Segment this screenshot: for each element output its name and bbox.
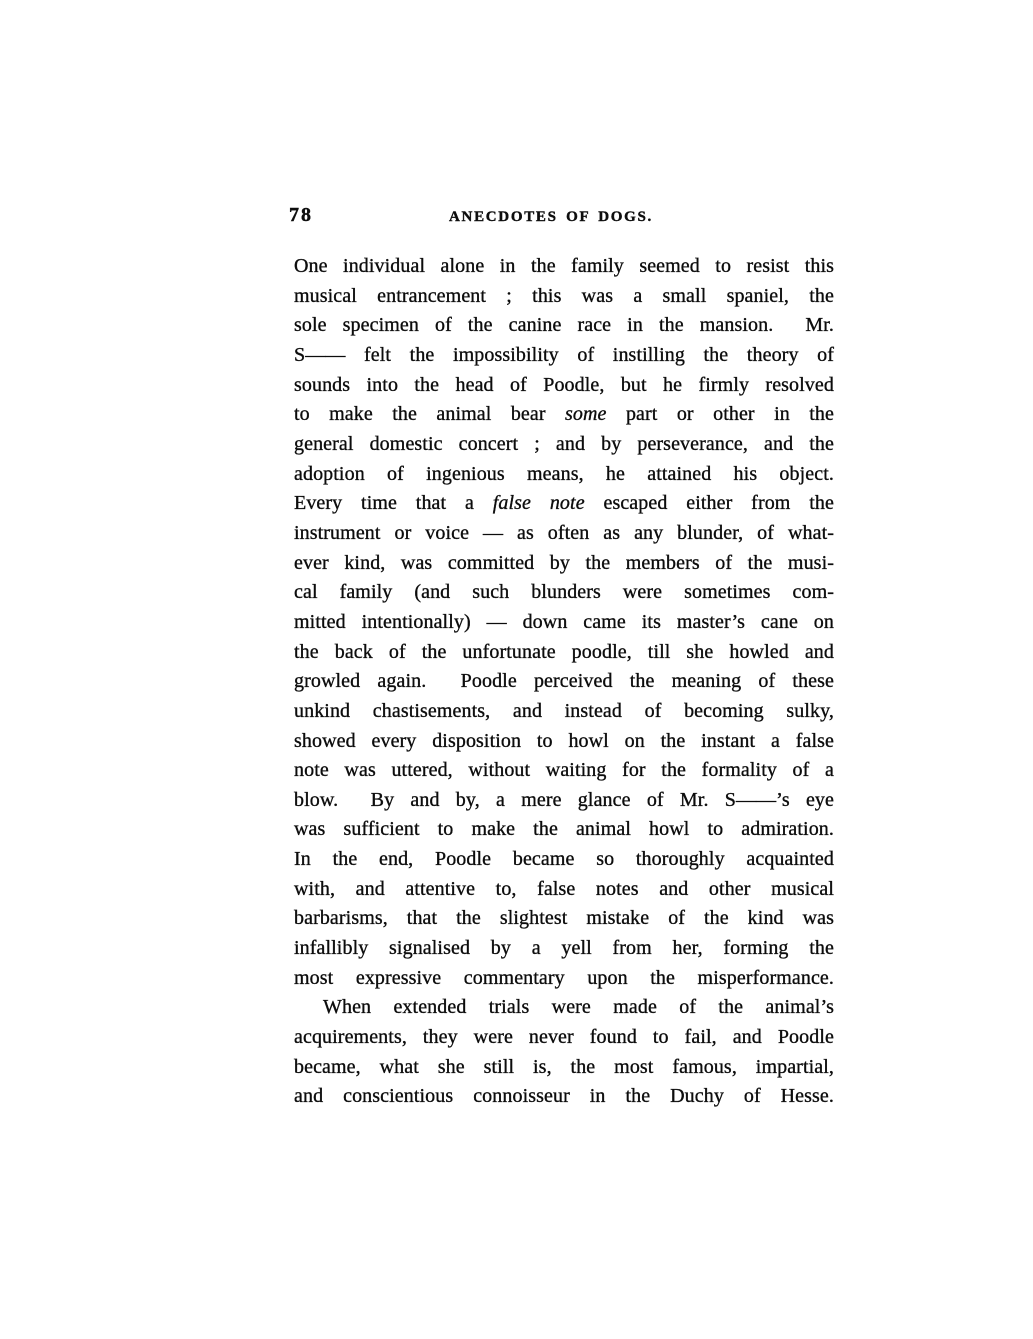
running-head: 78 ANECDOTES OF DOGS.	[294, 204, 834, 232]
text-line: note was uttered, without waiting for th…	[294, 756, 834, 786]
text-line: infallibly signalised by a yell from her…	[294, 934, 834, 964]
text-line: ever kind, was committed by the members …	[294, 549, 834, 579]
text-line: musical entrancement ; this was a small …	[294, 282, 834, 312]
text-line: growled again. Poodle perceived the mean…	[294, 667, 834, 697]
text-line: instrument or voice — as often as any bl…	[294, 519, 834, 549]
text-line: sounds into the head of Poodle, but he f…	[294, 371, 834, 401]
text-segment: note was uttered, without waiting for th…	[294, 759, 834, 781]
text-segment: growled again. Poodle perceived the mean…	[294, 670, 834, 692]
text-segment: most expressive commentary upon the misp…	[294, 967, 834, 989]
text-segment: escaped either from the	[585, 492, 834, 514]
text-segment: instrument or voice — as often as any bl…	[294, 522, 834, 544]
text-line: S—— felt the impossibility of instilling…	[294, 341, 834, 371]
text-line: In the end, Poodle became so thoroughly …	[294, 845, 834, 875]
text-line: showed every disposition to howl on the …	[294, 727, 834, 757]
italic-text: false note	[493, 492, 585, 514]
text-segment: cal family (and such blunders were somet…	[294, 581, 834, 603]
book-page: 78 ANECDOTES OF DOGS. One individual alo…	[0, 0, 1033, 1339]
text-line: cal family (and such blunders were somet…	[294, 578, 834, 608]
text-line: acquirements, they were never found to f…	[294, 1023, 834, 1053]
text-segment: general domestic concert ; and by persev…	[294, 433, 834, 455]
text-line: blow. By and by, a mere glance of Mr. S—…	[294, 786, 834, 816]
text-segment: acquirements, they were never found to f…	[294, 1026, 834, 1048]
text-segment: When extended trials were made of the an…	[323, 996, 834, 1018]
italic-text: some	[565, 403, 607, 425]
text-segment: barbarisms, that the slightest mistake o…	[294, 907, 834, 929]
text-segment: musical entrancement ; this was a small …	[294, 285, 834, 307]
running-title: ANECDOTES OF DOGS.	[449, 209, 653, 226]
text-segment: became, what she still is, the most famo…	[294, 1056, 834, 1078]
text-line: became, what she still is, the most famo…	[294, 1053, 834, 1083]
text-segment: blow. By and by, a mere glance of Mr. S—…	[294, 789, 834, 811]
text-segment: sounds into the head of Poodle, but he f…	[294, 374, 834, 396]
text-line: sole specimen of the canine race in the …	[294, 311, 834, 341]
page-number: 78	[289, 204, 313, 227]
text-segment: adoption of ingenious means, he attained…	[294, 463, 834, 485]
text-segment: unkind chastisements, and instead of bec…	[294, 700, 834, 722]
text-segment: was sufficient to make the animal howl t…	[294, 818, 834, 840]
text-line: adoption of ingenious means, he attained…	[294, 460, 834, 490]
text-line: unkind chastisements, and instead of bec…	[294, 697, 834, 727]
text-line: with, and attentive to, false notes and …	[294, 875, 834, 905]
text-segment: part or other in the	[607, 403, 834, 425]
text-segment: Every time that a	[294, 492, 493, 514]
text-segment: with, and attentive to, false notes and …	[294, 878, 834, 900]
text-line: mitted intentionally) — down came its ma…	[294, 608, 834, 638]
text-line: was sufficient to make the animal howl t…	[294, 815, 834, 845]
text-line: Every time that a false note escaped eit…	[294, 489, 834, 519]
text-segment: the back of the unfortunate poodle, till…	[294, 641, 834, 663]
text-block: One individual alone in the family seeme…	[294, 252, 834, 1112]
text-segment: One individual alone in the family seeme…	[294, 255, 834, 277]
text-line: barbarisms, that the slightest mistake o…	[294, 904, 834, 934]
text-line: general domestic concert ; and by persev…	[294, 430, 834, 460]
text-line: most expressive commentary upon the misp…	[294, 964, 834, 994]
text-segment: infallibly signalised by a yell from her…	[294, 937, 834, 959]
text-segment: S—— felt the impossibility of instilling…	[294, 344, 834, 366]
text-line: and conscientious connoisseur in the Duc…	[294, 1082, 834, 1112]
text-segment: ever kind, was committed by the members …	[294, 552, 834, 574]
text-line: the back of the unfortunate poodle, till…	[294, 638, 834, 668]
text-segment: mitted intentionally) — down came its ma…	[294, 611, 834, 633]
text-line: to make the animal bear some part or oth…	[294, 400, 834, 430]
text-segment: sole specimen of the canine race in the …	[294, 314, 834, 336]
text-segment: showed every disposition to howl on the …	[294, 730, 834, 752]
text-line: One individual alone in the family seeme…	[294, 252, 834, 282]
text-segment: and conscientious connoisseur in the Duc…	[294, 1085, 834, 1107]
text-line: When extended trials were made of the an…	[294, 993, 834, 1023]
text-segment: to make the animal bear	[294, 403, 565, 425]
text-segment: In the end, Poodle became so thoroughly …	[294, 848, 834, 870]
